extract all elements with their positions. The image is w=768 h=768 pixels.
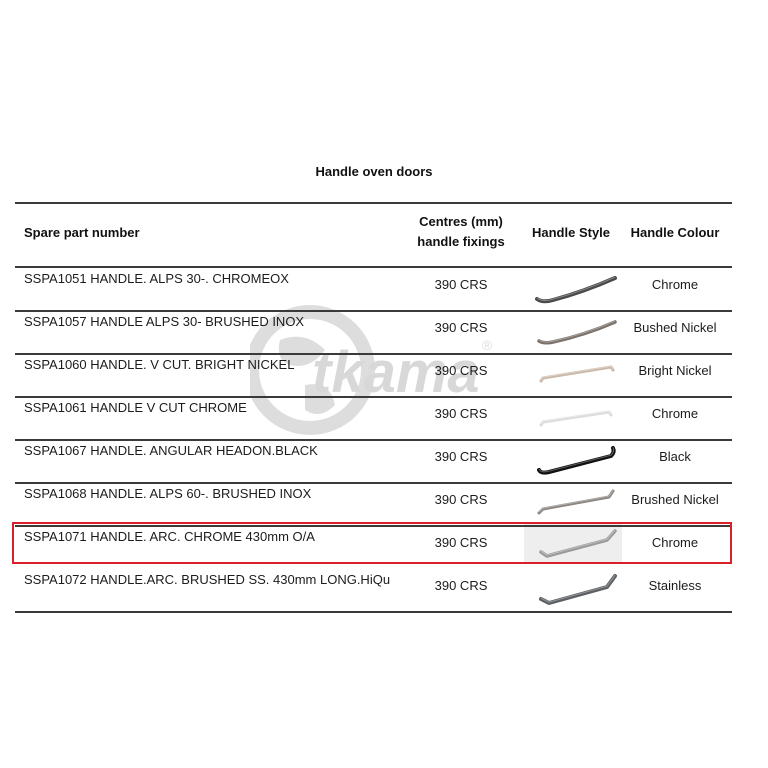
handle-alps-brushed-icon xyxy=(523,311,623,352)
header-handle-style: Handle Style xyxy=(521,223,621,243)
part-number-cell: SSPA1057 HANDLE ALPS 30- BRUSHED INOX xyxy=(24,314,304,329)
centres-cell: 390 CRS xyxy=(407,578,515,593)
part-number-cell: SSPA1051 HANDLE. ALPS 30-. CHROMEOX xyxy=(24,271,289,286)
part-number-cell: SSPA1060 HANDLE. V CUT. BRIGHT NICKEL xyxy=(24,357,294,372)
handle-alps60-brushed-icon xyxy=(523,483,623,524)
table-row: SSPA1068 HANDLE. ALPS 60-. BRUSHED INOX3… xyxy=(15,483,732,524)
header-part-number: Spare part number xyxy=(24,223,140,243)
handle-colour-cell: Black xyxy=(623,449,727,464)
header-handle-colour: Handle Colour xyxy=(623,223,727,243)
handle-arc-chrome-icon xyxy=(523,526,623,567)
table-row: SSPA1067 HANDLE. ANGULAR HEADON.BLACK390… xyxy=(15,440,732,481)
table-row: SSPA1057 HANDLE ALPS 30- BRUSHED INOX390… xyxy=(15,311,732,352)
centres-cell: 390 CRS xyxy=(407,277,515,292)
table-row: SSPA1071 HANDLE. ARC. CHROME 430mm O/A39… xyxy=(15,526,732,567)
handle-colour-cell: Stainless xyxy=(623,578,727,593)
centres-cell: 390 CRS xyxy=(407,406,515,421)
part-number-cell: SSPA1067 HANDLE. ANGULAR HEADON.BLACK xyxy=(24,443,318,458)
part-number-cell: SSPA1072 HANDLE.ARC. BRUSHED SS. 430mm L… xyxy=(24,572,390,587)
table-header: Spare part number Centres (mm) handle fi… xyxy=(15,204,732,266)
table-row: SSPA1060 HANDLE. V CUT. BRIGHT NICKEL390… xyxy=(15,354,732,395)
handle-arc-brushed-icon xyxy=(523,569,623,610)
table-row: SSPA1051 HANDLE. ALPS 30-. CHROMEOX390 C… xyxy=(15,268,732,309)
handle-angular-black-icon xyxy=(523,440,623,481)
centres-cell: 390 CRS xyxy=(407,363,515,378)
centres-cell: 390 CRS xyxy=(407,320,515,335)
header-centres-line1: Centres (mm) xyxy=(407,212,515,232)
handle-colour-cell: Brushed Nickel xyxy=(623,492,727,507)
centres-cell: 390 CRS xyxy=(407,449,515,464)
centres-cell: 390 CRS xyxy=(407,492,515,507)
handle-colour-cell: Chrome xyxy=(623,406,727,421)
handle-colour-cell: Chrome xyxy=(623,277,727,292)
table-row: SSPA1072 HANDLE.ARC. BRUSHED SS. 430mm L… xyxy=(15,569,732,610)
part-number-cell: SSPA1061 HANDLE V CUT CHROME xyxy=(24,400,247,415)
handle-colour-cell: Chrome xyxy=(623,535,727,550)
centres-cell: 390 CRS xyxy=(407,535,515,550)
handle-vcut-nickel-icon xyxy=(523,354,623,395)
header-centres-line2: handle fixings xyxy=(407,232,515,252)
row-divider xyxy=(15,611,732,613)
handle-colour-cell: Bright Nickel xyxy=(623,363,727,378)
handle-alps-chrome-icon xyxy=(523,268,623,309)
table-row: SSPA1061 HANDLE V CUT CHROME390 CRSChrom… xyxy=(15,397,732,438)
handle-vcut-chrome-icon xyxy=(523,397,623,438)
part-number-cell: SSPA1071 HANDLE. ARC. CHROME 430mm O/A xyxy=(24,529,315,544)
page-title: Handle oven doors xyxy=(0,164,748,179)
part-number-cell: SSPA1068 HANDLE. ALPS 60-. BRUSHED INOX xyxy=(24,486,311,501)
header-centres: Centres (mm) handle fixings xyxy=(407,212,515,252)
handle-colour-cell: Bushed Nickel xyxy=(623,320,727,335)
